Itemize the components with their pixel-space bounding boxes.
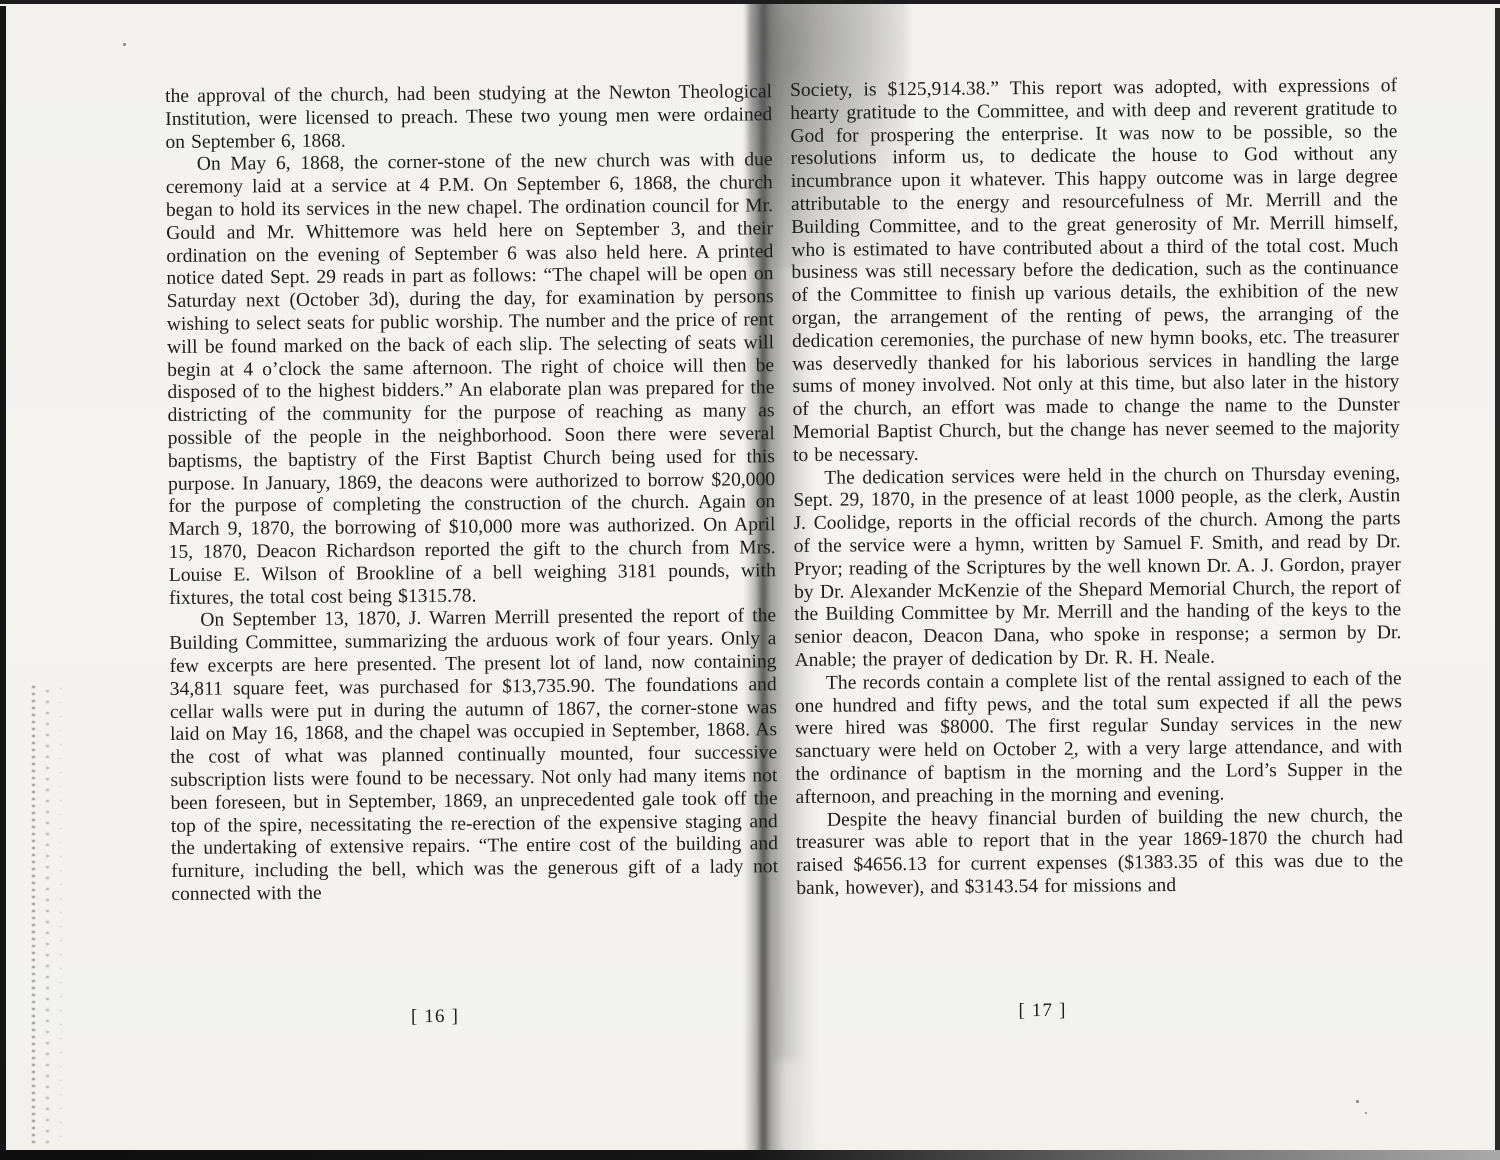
- scan-edge-right: [1495, 8, 1500, 1160]
- page-number-left: [ 16 ]: [165, 1004, 705, 1030]
- paragraph: Society, is $125,914.38.” This report wa…: [790, 75, 1400, 467]
- paragraph: The dedication services were held in the…: [793, 463, 1402, 673]
- paragraph: The records contain a complete list of t…: [795, 668, 1403, 810]
- scan-speck: [1356, 1100, 1359, 1103]
- scan-edge-top: [0, 0, 1500, 4]
- paragraph: On May 6, 1868, the corner-stone of the …: [166, 150, 777, 611]
- page-17-text-column: Society, is $125,914.38.” This report wa…: [790, 75, 1403, 900]
- scan-edge-left: [0, 6, 6, 1160]
- paragraph: the approval of the church, had been stu…: [165, 81, 773, 154]
- scan-speck: [123, 43, 126, 46]
- paragraph: On September 13, 1870, J. Warren Merrill…: [169, 606, 778, 907]
- ink-bleedthrough-marks: [26, 686, 70, 1148]
- paragraph: Despite the heavy financial burden of bu…: [796, 805, 1404, 901]
- page-number-right: [ 17 ]: [790, 998, 1295, 1024]
- scan-edge-bottom: [0, 1150, 1500, 1160]
- page-16-text-column: the approval of the church, had been stu…: [165, 81, 778, 906]
- book-scan: the approval of the church, had been stu…: [0, 0, 1500, 1160]
- scan-speck: [1365, 1112, 1367, 1114]
